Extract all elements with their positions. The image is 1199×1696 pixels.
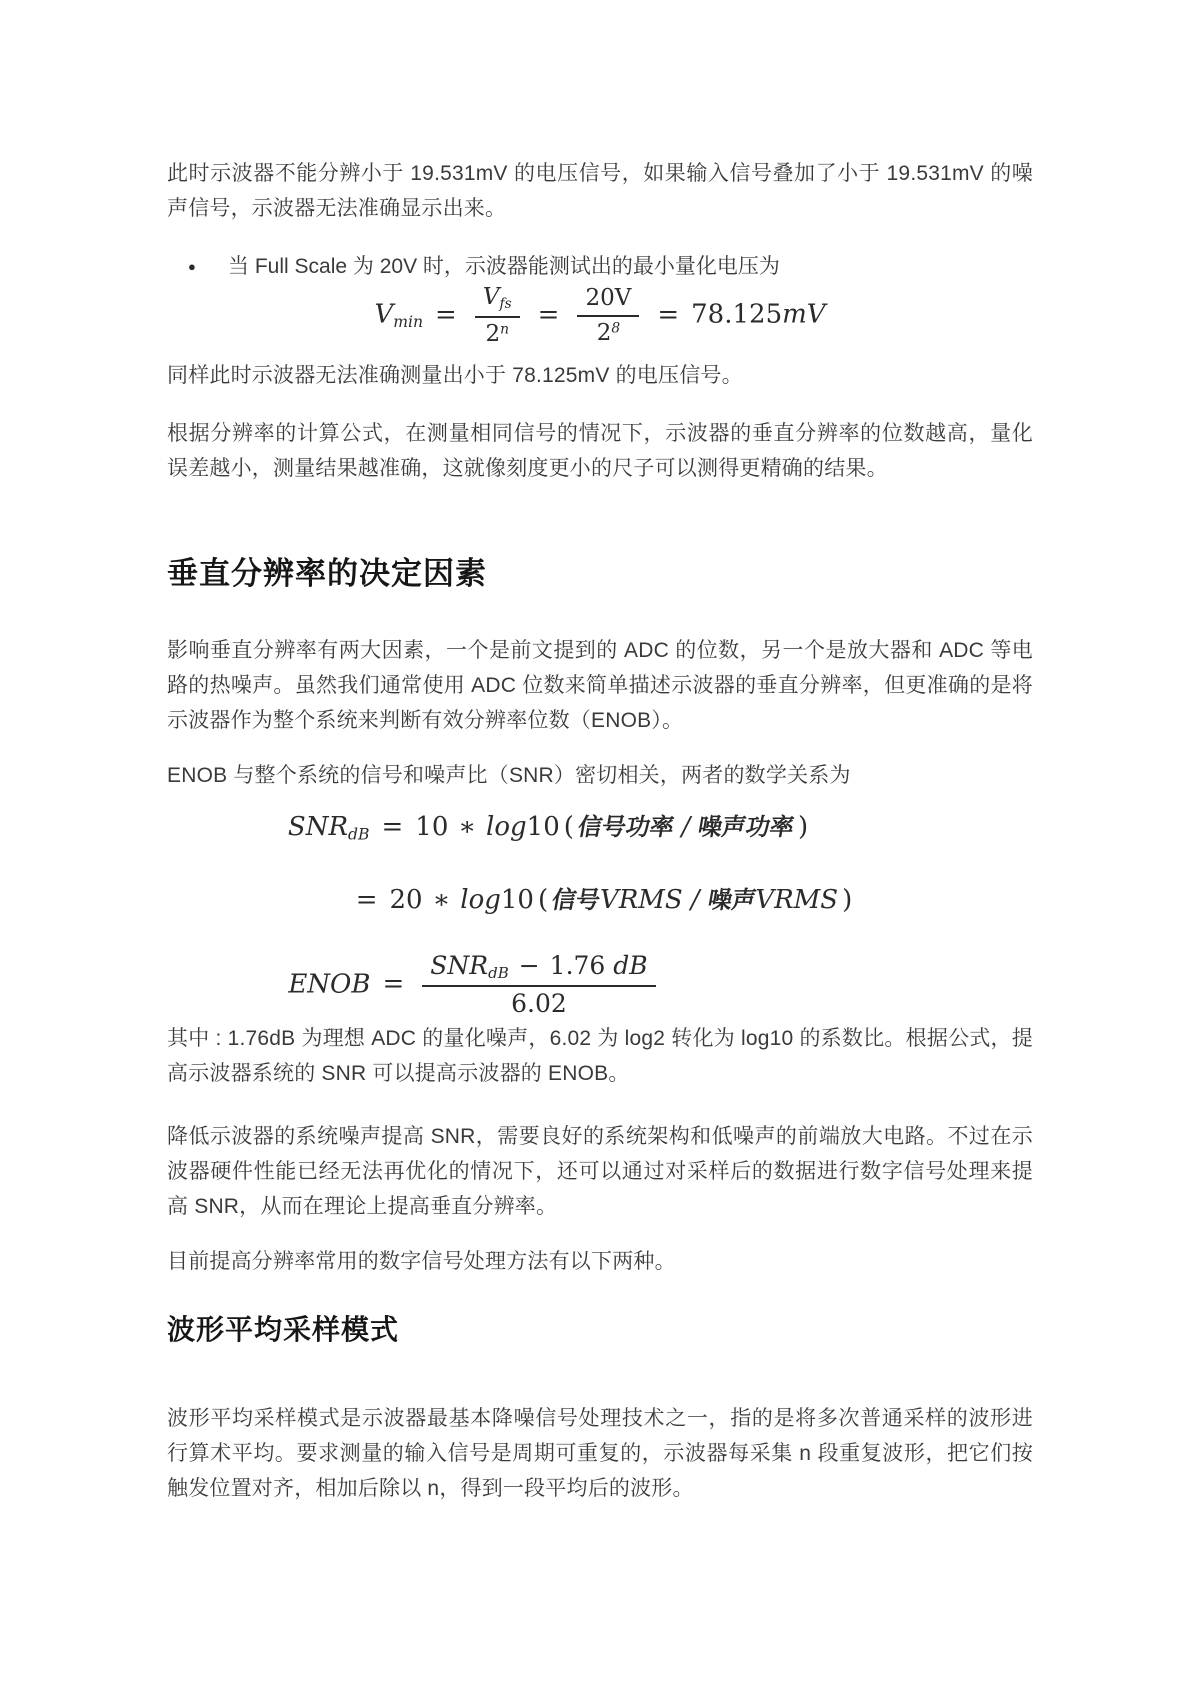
heading-waveform-averaging: 波形平均采样模式 [167,1310,1033,1350]
math-num-20v: 20V [585,285,631,311]
math-result-unit: mV [782,300,825,330]
math-log-base: 10 [501,885,534,915]
paragraph-waveform-averaging: 波形平均采样模式是示波器最基本降噪信号处理技术之一，指的是将多次普通采样的波形进… [167,1401,1033,1506]
math-asterisk: ∗ [458,812,476,842]
paragraph-lower-noise: 降低示波器的系统噪声提高 SNR，需要良好的系统架构和低噪声的前端放大电路。不过… [167,1119,1033,1224]
formula-snr-power: SNRdB=10∗log10(信号功率/噪声功率) [167,807,933,854]
math-var-vmin: V [374,300,393,330]
heading-vertical-resolution-factors: 垂直分辨率的决定因素 [167,551,1033,596]
math-log: log [486,812,527,842]
math-coefficient: 20 [390,885,423,915]
math-open-paren: ( [538,885,548,915]
document-content: 此时示波器不能分辨小于 19.531mV 的电压信号，如果输入信号叠加了小于 1… [0,0,1199,1506]
math-var-snr: SNR [430,951,488,980]
fraction-denominator: 2n [475,318,520,347]
bullet-item: ● 当 Full Scale 为 20V 时，示波器能测试出的最小量化电压为 [167,249,1033,284]
math-equals: = [538,300,560,330]
paragraph-two-methods: 目前提高分辨率常用的数字信号处理方法有以下两种。 [167,1244,1033,1279]
math-asterisk: ∗ [433,885,451,915]
fraction-numerator: SNRdB−1.76 dB [422,952,655,987]
math-signal-label: 信号 [549,881,604,921]
formula-enob: ENOB=SNRdB−1.76 dB6.02 [167,952,783,1019]
math-var-vfs: V [483,284,500,310]
math-equals: = [382,969,404,999]
math-slash: / [682,812,691,842]
math-close-paren: ) [798,812,808,842]
math-sup-8: 8 [611,320,620,336]
math-coefficient: 10 [415,812,448,842]
fraction-numerator: 20V [577,285,639,316]
math-sup-n: n [500,321,509,337]
math-log-base: 10 [527,812,560,842]
math-log: log [460,885,501,915]
math-open-paren: ( [564,812,574,842]
math-noise-power: 噪声功率 [695,808,798,848]
math-var-enob: ENOB [288,969,370,999]
math-close-paren: ) [842,885,852,915]
math-noise-label: 噪声 [704,881,759,921]
fraction-snr-over-602: SNRdB−1.76 dB6.02 [422,952,655,1019]
paragraph-formula-notes: 其中 : 1.76dB 为理想 ADC 的量化噪声，6.02 为 log2 转化… [167,1021,1033,1091]
paragraph-same-time: 同样此时示波器无法准确测量出小于 78.125mV 的电压信号。 [167,358,1033,393]
math-slash: / [691,885,700,915]
fraction-denominator: 6.02 [422,987,655,1019]
math-sub-min: min [393,313,423,331]
math-equals: = [356,885,378,915]
bullet-text: 当 Full Scale 为 20V 时，示波器能测试出的最小量化电压为 [228,249,1033,284]
math-sub-fs: fs [499,296,511,312]
fraction-numerator: Vfs [475,284,520,318]
fraction-denominator: 28 [577,317,639,346]
bullet-icon: ● [167,249,228,284]
document-page: 此时示波器不能分辨小于 19.531mV 的电压信号，如果输入信号叠加了小于 1… [0,0,1199,1696]
math-unit-db: dB [613,951,647,980]
fraction-20v-over-2e8: 20V28 [577,285,639,346]
math-equals: = [381,812,403,842]
math-signal-power: 信号功率 [574,808,677,848]
formula-vmin: Vmin=Vfs2n=20V28=78.125mV [167,284,1033,347]
math-minus: − [519,951,540,980]
math-noise-vrms: VRMS [755,885,838,915]
math-num-602: 6.02 [511,989,567,1018]
math-result-value: 78.125 [691,300,782,330]
math-signal-vrms: VRMS [600,885,683,915]
math-num-2: 2 [485,321,500,347]
math-equals: = [657,300,679,330]
paragraph-intro: 此时示波器不能分辨小于 19.531mV 的电压信号，如果输入信号叠加了小于 1… [167,156,1033,226]
paragraph-two-factors: 影响垂直分辨率有两大因素，一个是前文提到的 ADC 的位数，另一个是放大器和 A… [167,633,1033,738]
math-var-snr: SNR [288,812,348,842]
math-sub-db: dB [488,964,509,982]
paragraph-enob-snr: ENOB 与整个系统的信号和噪声比（SNR）密切相关，两者的数学关系为 [167,758,1033,793]
math-num-2: 2 [597,320,612,346]
math-num-176: 1.76 [550,951,606,980]
fraction-vfs-over-2n: Vfs2n [475,284,520,347]
paragraph-resolution-rule: 根据分辨率的计算公式，在测量相同信号的情况下，示波器的垂直分辨率的位数越高，量化… [167,416,1033,486]
math-sub-db: dB [348,826,369,844]
math-equals: = [435,300,457,330]
formula-snr-vrms: =20∗log10(信号VRMS/噪声VRMS) [167,880,1033,921]
